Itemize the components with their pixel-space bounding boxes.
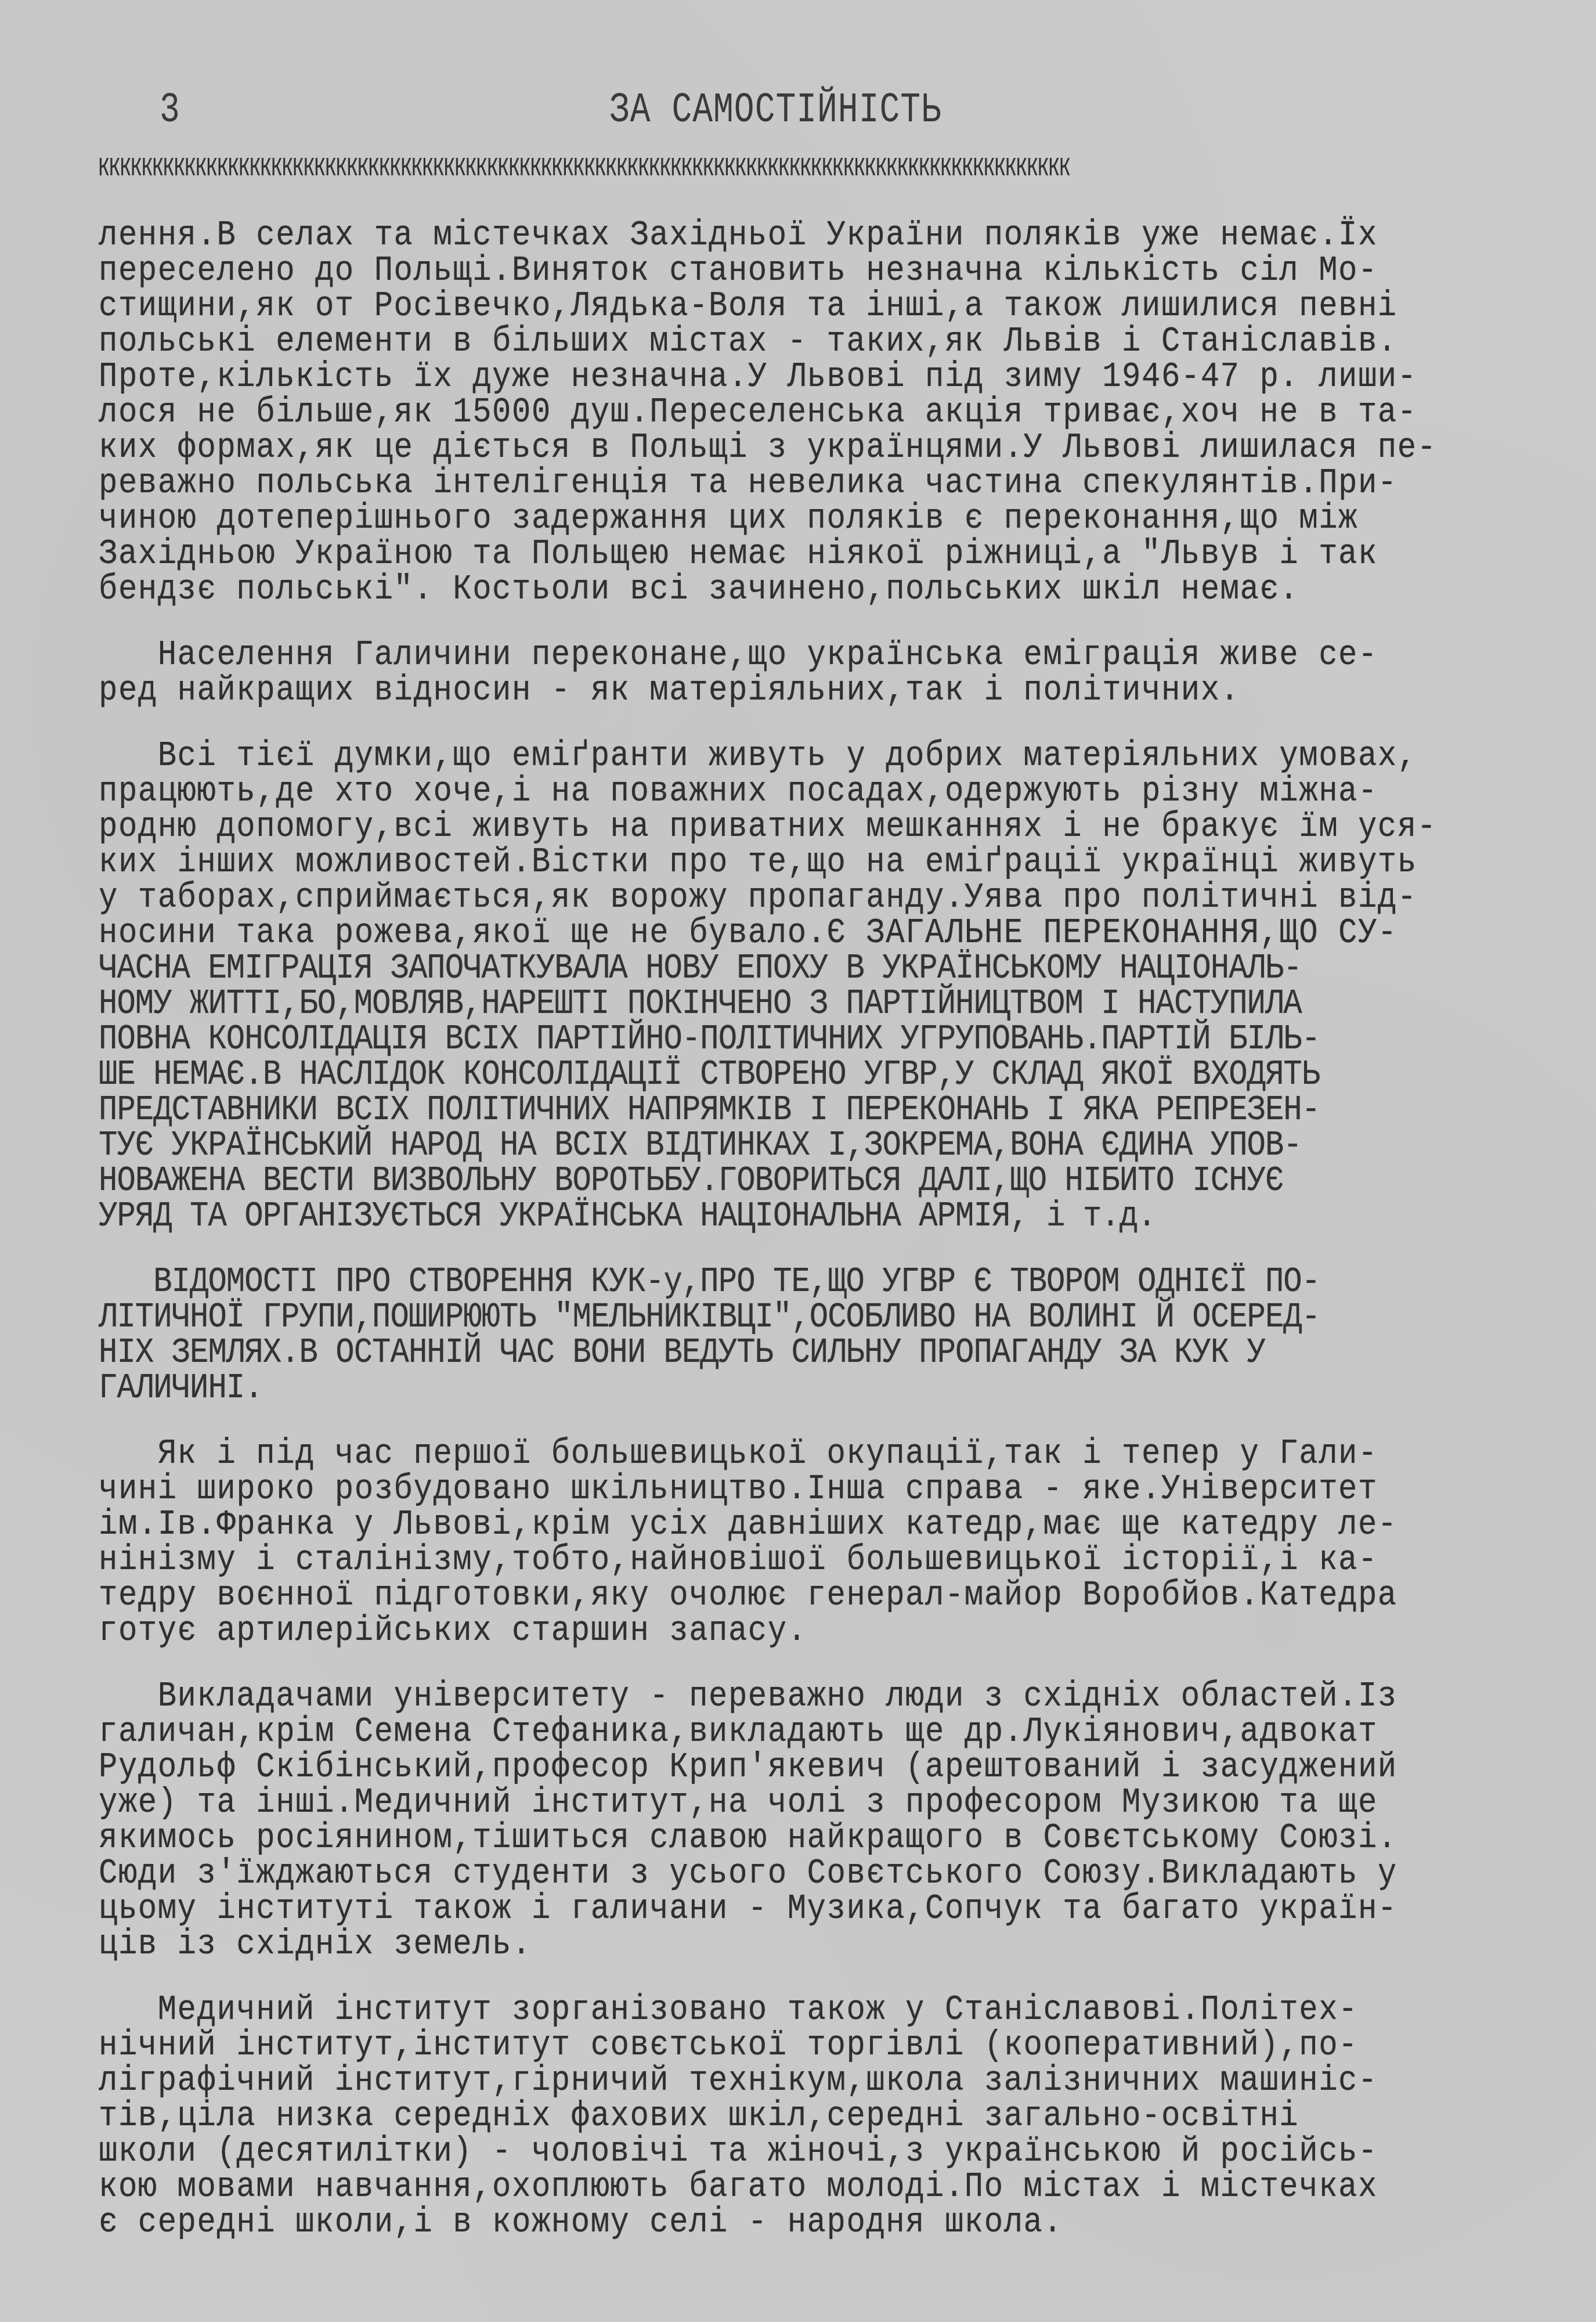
text-line: ім.Ів.Франка у Львові,крім усіх давніших… xyxy=(99,1505,1503,1545)
text-line: тедру воєнної підготовки,яку очолює гене… xyxy=(99,1576,1503,1616)
text-line: Населення Галичини переконане,що українс… xyxy=(99,636,1503,675)
text-line: кою мовами навчання,охоплюють багато мол… xyxy=(99,2168,1503,2207)
text-line: у таборах,сприймається,як ворожу пропага… xyxy=(99,878,1503,918)
text-line: лося не більше,як 15000 душ.Переселенськ… xyxy=(99,393,1503,432)
text-line: ТУЄ УКРАЇНСЬКИЙ НАРОД НА ВСІХ ВІДТИНКАХ … xyxy=(99,1126,1503,1166)
text-line: ГАЛИЧИНІ. xyxy=(99,1369,1503,1408)
text-line: Всі тієї думки,що еміґранти живуть у доб… xyxy=(99,737,1503,776)
text-line: чині широко розбудовано шкільництво.Інша… xyxy=(99,1470,1503,1509)
text-line: цьому інституті також і галичани - Музик… xyxy=(99,1890,1503,1929)
text-line: нінізму і сталінізму,тобто,найновішої бо… xyxy=(99,1541,1503,1580)
text-line: ПРЕДСТАВНИКИ ВСІХ ПОЛІТИЧНИХ НАПРЯМКІВ І… xyxy=(99,1091,1503,1130)
text-line: УРЯД ТА ОРГАНІЗУЄТЬСЯ УКРАЇНСЬКА НАЦІОНА… xyxy=(99,1197,1503,1236)
text-line: тів,ціла низка середніх фахових шкіл,сер… xyxy=(99,2097,1503,2136)
decorative-rule: кккккккккккккккккккккккккккккккккккккккк… xyxy=(98,138,1483,196)
text-line: лення.В селах та містечках Західньої Укр… xyxy=(99,216,1503,255)
text-line: школи (десятилітки) - чоловічі та жіночі… xyxy=(99,2132,1503,2172)
text-line: Рудольф Скібінський,професор Крип'якевич… xyxy=(99,1748,1503,1787)
paragraph-schooling: Як і під час першої большевицької окупац… xyxy=(99,1434,1503,1647)
paragraph-kuk-news: ВІДОМОСТІ ПРО СТВОРЕННЯ КУК-у,ПРО ТЕ,ЩО … xyxy=(99,1263,1503,1404)
text-line: бендзє польські". Костьоли всі зачинено,… xyxy=(99,570,1503,610)
text-line: Викладачами університету - переважно люд… xyxy=(99,1677,1503,1717)
text-line: ців із східніх земель. xyxy=(99,1925,1503,1964)
text-line: є середні школи,і в кожному селі - народ… xyxy=(99,2203,1503,2242)
document-page: 3 ЗА САМОСТІЙНІСТЬ ккккккккккккккккккккк… xyxy=(0,0,1596,2322)
text-line: родню допомогу,всі живуть на приватних м… xyxy=(99,807,1503,847)
text-line: Західньою Україною та Польщею немає ніяк… xyxy=(99,535,1503,574)
text-line: уже) та інші.Медичний інститут,на чолі з… xyxy=(99,1783,1503,1823)
paragraph-poles-resettlement: лення.В селах та містечках Західньої Укр… xyxy=(99,216,1503,605)
text-line: чиною дотеперішнього задержання цих поля… xyxy=(99,499,1503,539)
text-line: працюють,де хто хоче,і на поважних посад… xyxy=(99,772,1503,812)
paragraph-galicia-belief: Населення Галичини переконане,що українс… xyxy=(99,636,1503,706)
text-line: нічний інститут,інститут совєтської торг… xyxy=(99,2026,1503,2065)
text-line: стищини,як от Росівечко,Лядька-Воля та і… xyxy=(99,287,1503,326)
page-number: 3 xyxy=(160,87,181,134)
body-text: лення.В селах та містечках Західньої Укр… xyxy=(99,216,1503,2269)
text-line: Проте,кількість їх дуже незначна.У Львов… xyxy=(99,358,1503,397)
text-line: якимось росіянином,тішиться славою найкр… xyxy=(99,1819,1503,1858)
text-line: НОМУ ЖИТТІ,БО,МОВЛЯВ,НАРЕШТІ ПОКІНЧЕНО З… xyxy=(99,985,1503,1024)
text-line: ліграфічний інститут,гірничий технікум,ш… xyxy=(99,2061,1503,2101)
text-line: галичан,крім Семена Стефаника,викладають… xyxy=(99,1712,1503,1752)
text-line: польські елементи в більших містах - так… xyxy=(99,322,1503,362)
text-line: реважно польська інтелігенція та невелик… xyxy=(99,464,1503,503)
text-line: готує артилерійських старшин запасу. xyxy=(99,1611,1503,1651)
text-line: переселено до Польщі.Виняток становить н… xyxy=(99,251,1503,291)
paragraph-university-staff: Викладачами університету - переважно люд… xyxy=(99,1677,1503,1960)
running-title: ЗА САМОСТІЙНІСТЬ xyxy=(609,87,942,134)
text-line: ред найкращих відносин - як матеріяльних… xyxy=(99,671,1503,711)
text-line: ких формах,як це діється в Польщі з укра… xyxy=(99,428,1503,468)
page-header: 3 ЗА САМОСТІЙНІСТЬ xyxy=(160,87,1494,134)
text-line: НІХ ЗЕМЛЯХ.В ОСТАННІЙ ЧАС ВОНИ ВЕДУТЬ СИ… xyxy=(99,1333,1503,1373)
text-line: Як і під час першої большевицької окупац… xyxy=(99,1434,1503,1474)
text-line: ПОВНА КОНСОЛІДАЦІЯ ВСІХ ПАРТІЙНО-ПОЛІТИЧ… xyxy=(99,1020,1503,1059)
text-line: НОВАЖЕНА ВЕСТИ ВИЗВОЛЬНУ ВОРОТЬБУ.ГОВОРИ… xyxy=(99,1162,1503,1201)
text-line: Сюди з'їжджаються студенти з усього Совє… xyxy=(99,1854,1503,1894)
text-line: ШЕ НЕМАЄ.В НАСЛІДОК КОНСОЛІДАЦІЇ СТВОРЕН… xyxy=(99,1055,1503,1095)
text-line: ВІДОМОСТІ ПРО СТВОРЕННЯ КУК-у,ПРО ТЕ,ЩО … xyxy=(99,1263,1503,1302)
text-line: ЛІТИЧНОЇ ГРУПИ,ПОШИРЮЮТЬ "МЕЛЬНИКІВЦІ",О… xyxy=(99,1298,1503,1337)
paragraph-institutes: Медичний інститут зорганізовано також у … xyxy=(99,1991,1503,2238)
text-line: ких інших можливостей.Вістки про те,що н… xyxy=(99,843,1503,882)
paragraph-emigrant-views: Всі тієї думки,що еміґранти живуть у доб… xyxy=(99,737,1503,1232)
text-line: носини така рожева,якої ще не бувало.Є З… xyxy=(99,914,1503,953)
text-line: ЧАСНА ЕМІГРАЦІЯ ЗАПОЧАТКУВАЛА НОВУ ЕПОХУ… xyxy=(99,949,1503,989)
text-line: Медичний інститут зорганізовано також у … xyxy=(99,1991,1503,2030)
